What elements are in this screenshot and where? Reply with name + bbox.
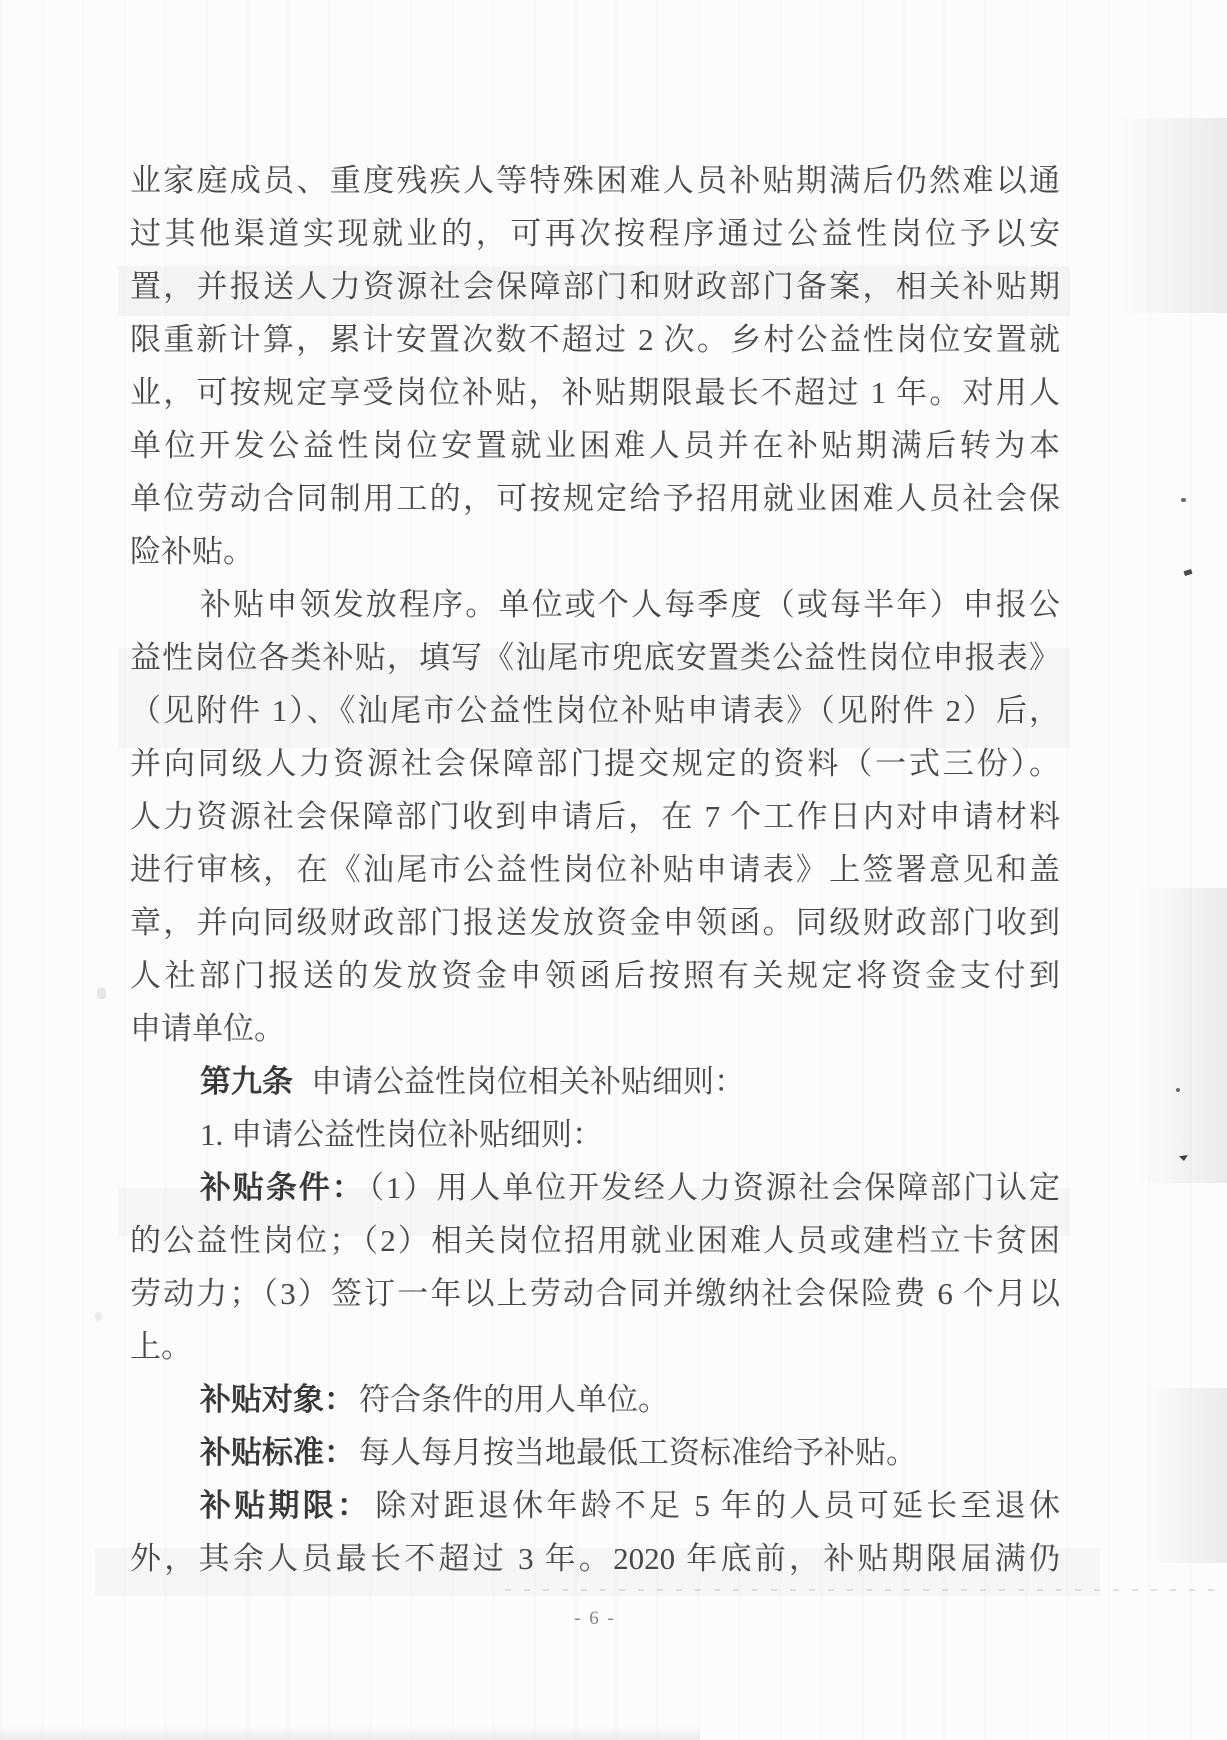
bold-label: 补贴期限： — [200, 1488, 371, 1523]
body-text: 业家庭成员、重度残疾人等特殊困难人员补贴期满后仍然难以通 过其他渠道实现就业的，… — [130, 154, 1060, 1585]
text-line: 补贴申领发放程序。单位或个人每季度（或每半年）申报公 — [130, 578, 1060, 631]
bold-label: 补贴对象： — [200, 1382, 355, 1417]
text-line: 并向同级人力资源社会保障部门提交规定的资料（一式三份）。 — [130, 737, 1060, 790]
scan-speck — [97, 988, 106, 999]
scan-edge-shadow — [1143, 1388, 1227, 1563]
scan-speck — [95, 1312, 102, 1321]
text-line: 外，其余人员最长不超过 3 年。2020 年底前，补贴期限届满仍 — [130, 1532, 1060, 1585]
scan-speck — [1181, 498, 1186, 502]
scan-edge-shadow — [1115, 118, 1227, 313]
scan-noise-line — [505, 1589, 1220, 1591]
text-line: 业家庭成员、重度残疾人等特殊困难人员补贴期满后仍然难以通 — [130, 154, 1060, 207]
text-line: 补贴条件：（1）用人单位开发经人力资源社会保障部门认定 — [130, 1161, 1060, 1214]
text-line: 的公益性岗位；（2）相关岗位招用就业困难人员或建档立卡贫困 — [130, 1214, 1060, 1267]
document-page: 业家庭成员、重度残疾人等特殊困难人员补贴期满后仍然难以通 过其他渠道实现就业的，… — [0, 0, 1227, 1740]
text-line: 第九条申请公益性岗位相关补贴细则： — [130, 1055, 1060, 1108]
text-line: 险补贴。 — [130, 525, 1060, 578]
text-line: （见附件 1）、《汕尾市公益性岗位补贴申请表》（见附件 2）后， — [130, 684, 1060, 737]
bold-label: 补贴标准： — [200, 1435, 355, 1470]
text-line: 劳动力；（3）签订一年以上劳动合同并缴纳社会保险费 6 个月以 — [130, 1267, 1060, 1320]
page-number: - 6 - — [130, 1608, 1060, 1630]
scan-edge-shadow — [0, 1726, 700, 1740]
text-line: 补贴期限：除对距退休年龄不足 5 年的人员可延长至退休 — [130, 1479, 1060, 1532]
scan-edge-shadow — [1135, 888, 1227, 1183]
label-body: 除对距退休年龄不足 5 年的人员可延长至退休 — [375, 1488, 1060, 1523]
label-body: 每人每月按当地最低工资标准给予补贴。 — [359, 1435, 917, 1470]
label-body: 符合条件的用人单位。 — [359, 1382, 669, 1417]
label-body: （1）用人单位开发经人力资源社会保障部门认定 — [369, 1170, 1060, 1205]
text-line: 单位劳动合同制用工的，可按规定给予招用就业困难人员社会保 — [130, 472, 1060, 525]
text-line: 补贴标准：每人每月按当地最低工资标准给予补贴。 — [130, 1426, 1060, 1479]
text-line: 申请单位。 — [130, 1002, 1060, 1055]
scan-speck — [1176, 1088, 1180, 1092]
text-line: 章，并向同级财政部门报送发放资金申领函。同级财政部门收到 — [130, 896, 1060, 949]
text-line: 益性岗位各类补贴，填写《汕尾市兜底安置类公益性岗位申报表》 — [130, 631, 1060, 684]
text-line: 限重新计算，累计安置次数不超过 2 次。乡村公益性岗位安置就 — [130, 313, 1060, 366]
scan-speck — [1179, 1155, 1188, 1161]
text-line: 业，可按规定享受岗位补贴，补贴期限最长不超过 1 年。对用人 — [130, 366, 1060, 419]
text-line: 补贴对象：符合条件的用人单位。 — [130, 1373, 1060, 1426]
text-line: 1. 申请公益性岗位补贴细则： — [130, 1108, 1060, 1161]
text-line: 单位开发公益性岗位安置就业困难人员并在补贴期满后转为本 — [130, 419, 1060, 472]
text-line: 进行审核，在《汕尾市公益性岗位补贴申请表》上签署意见和盖 — [130, 843, 1060, 896]
scan-speck — [1183, 569, 1192, 576]
text-line: 人社部门报送的发放资金申领函后按照有关规定将资金支付到 — [130, 949, 1060, 1002]
article-number-label: 第九条 — [200, 1064, 293, 1099]
text-line: 上。 — [130, 1320, 1060, 1373]
article-title: 申请公益性岗位相关补贴细则： — [311, 1064, 745, 1099]
bold-label: 补贴条件： — [200, 1170, 365, 1205]
text-line: 过其他渠道实现就业的，可再次按程序通过公益性岗位予以安 — [130, 207, 1060, 260]
text-line: 人力资源社会保障部门收到申请后，在 7 个工作日内对申请材料 — [130, 790, 1060, 843]
text-line: 置，并报送人力资源社会保障部门和财政部门备案，相关补贴期 — [130, 260, 1060, 313]
